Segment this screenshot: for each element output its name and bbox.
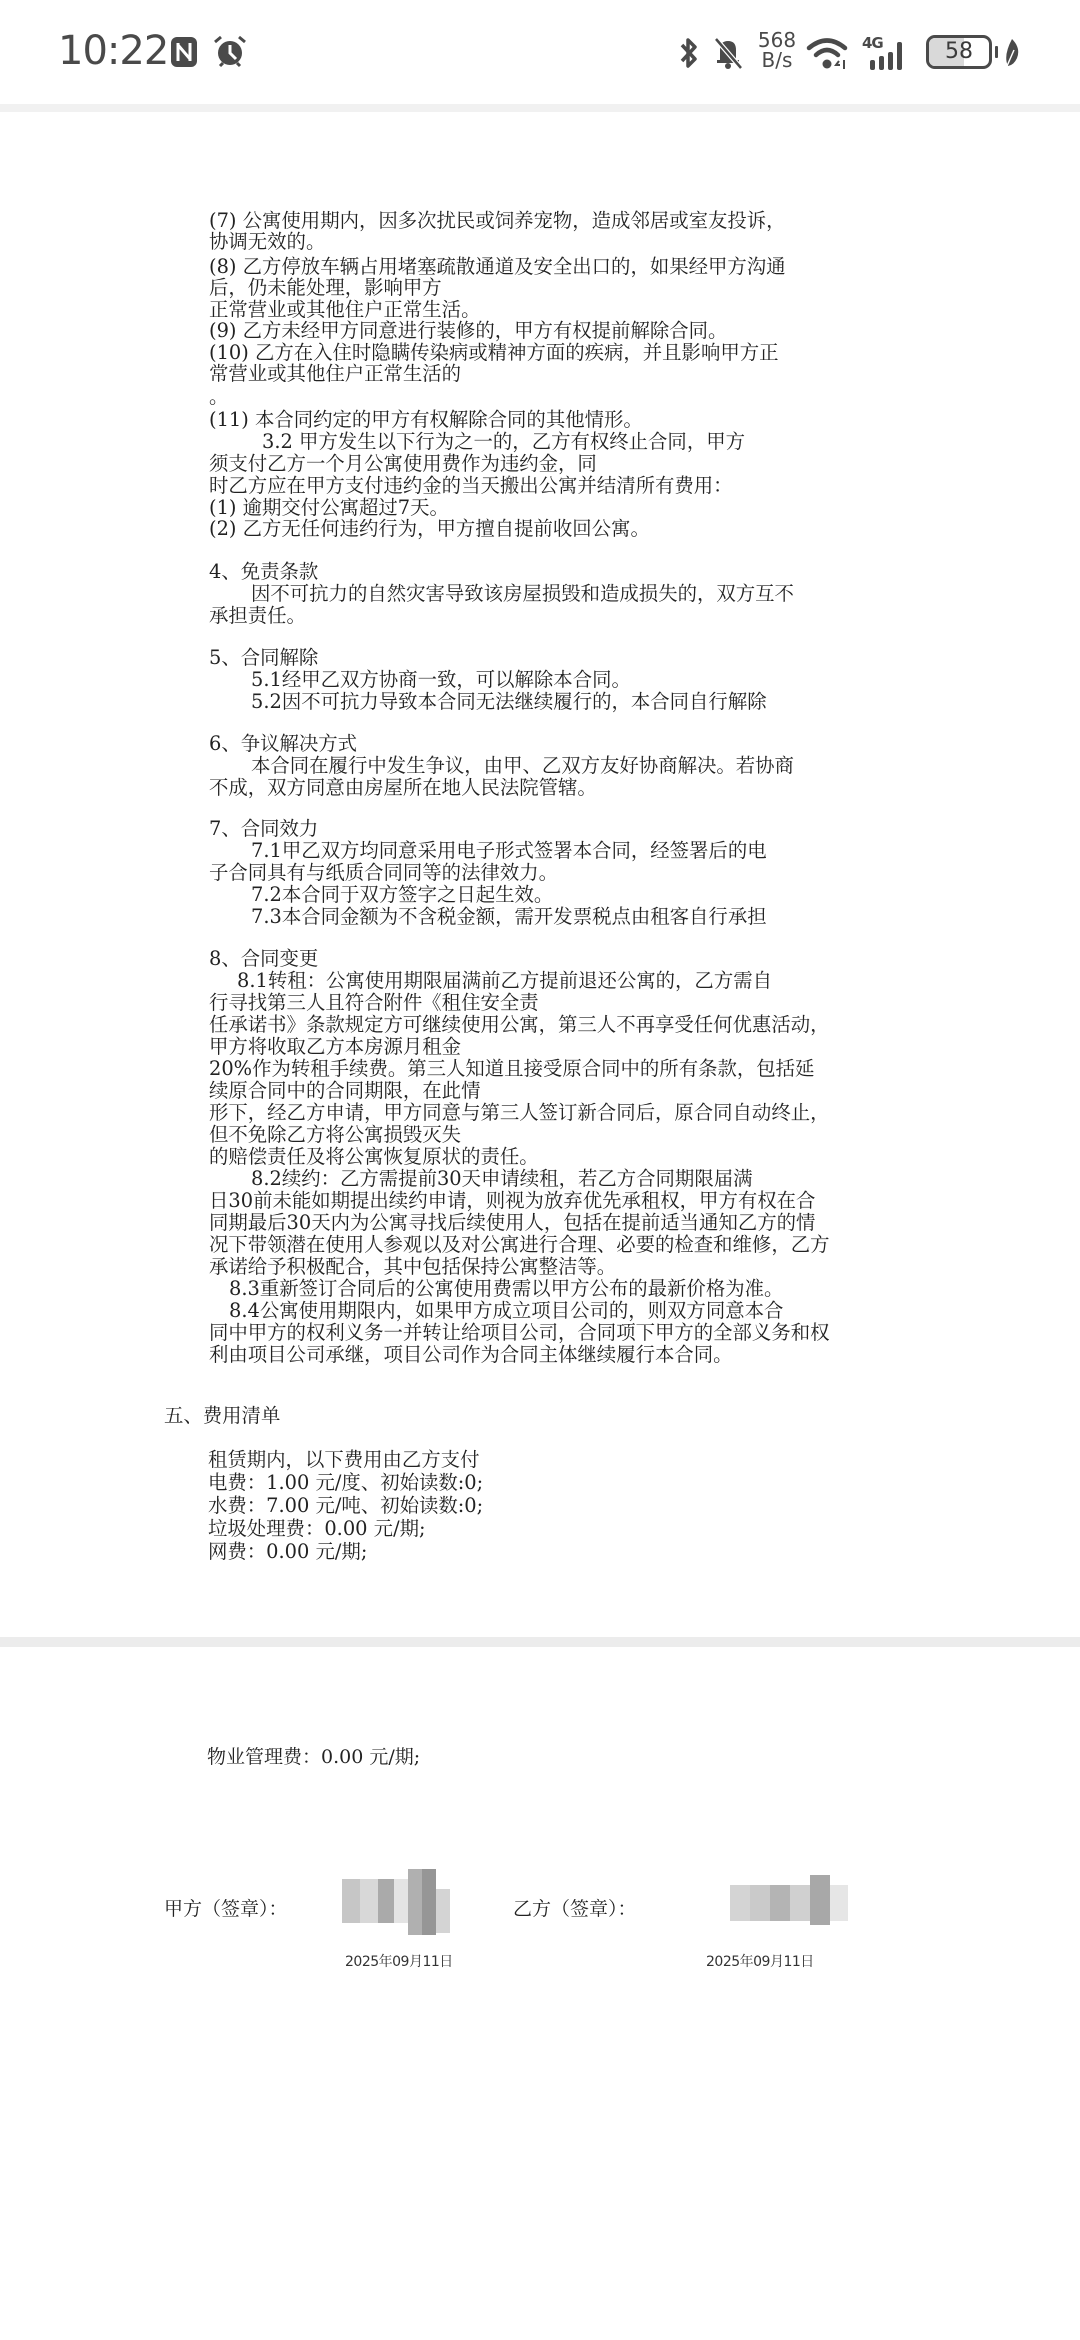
contract-text-line: 不成，双方同意由房屋所在地人民法院管辖。 bbox=[209, 777, 597, 799]
cellular-label: 4G bbox=[862, 34, 883, 52]
contract-text-line: 。 bbox=[209, 386, 228, 408]
battery-icon: 58 bbox=[926, 35, 992, 69]
contract-text-line: 本合同在履行中发生争议，由甲、乙双方友好协商解决。若协商 bbox=[251, 755, 794, 777]
alarm-icon bbox=[212, 34, 248, 70]
fee-electricity: 电费：1.00 元/度、初始读数:0; bbox=[208, 1472, 483, 1494]
contract-text-line: 利由项目公司承继，项目公司作为合同主体继续履行本合同。 bbox=[209, 1344, 733, 1366]
party-a-sign-date: 2025年09月11日 bbox=[345, 1951, 453, 1971]
contract-text-line: 承担责任。 bbox=[209, 605, 306, 627]
net-speed: 568 B/s bbox=[757, 30, 797, 70]
contract-text-line: 子合同具有与纸质合同同等的法律效力。 bbox=[209, 862, 558, 884]
battery-percent: 58 bbox=[929, 38, 989, 66]
party-b-signature-redacted bbox=[730, 1875, 850, 1935]
contract-text-line: 3.2 甲方发生以下行为之一的，乙方有权终止合同，甲方 bbox=[262, 431, 745, 453]
battery-saver-leaf-icon bbox=[1003, 38, 1021, 68]
contract-text-line: 续原合同中的合同期限，在此情 bbox=[209, 1080, 480, 1102]
contract-text-line: 8.1转租：公寓使用期限届满前乙方提前退还公寓的，乙方需自 bbox=[237, 970, 772, 992]
contract-text-line: 任承诺书》条款规定方可继续使用公寓，第三人不再享受任何优惠活动， bbox=[209, 1014, 830, 1036]
contract-text-line: 同期最后30天内为公寓寻找后续使用人，包括在提前适当通知乙方的情 bbox=[209, 1212, 815, 1234]
contract-text-line: 6、争议解决方式 bbox=[209, 733, 357, 755]
contract-text-line: 甲方将收取乙方本房源月租金 bbox=[209, 1036, 461, 1058]
contract-text-line: 正常营业或其他住户正常生活。 bbox=[209, 299, 480, 321]
bluetooth-icon bbox=[678, 36, 700, 70]
net-speed-unit: B/s bbox=[757, 50, 797, 70]
contract-text-line: 须支付乙方一个月公寓使用费作为违约金，同 bbox=[209, 453, 597, 475]
status-bar-divider bbox=[0, 104, 1080, 112]
party-b-seal-label: 乙方（签章）： bbox=[513, 1898, 637, 1920]
contract-text-line: 时乙方应在甲方支付违约金的当天搬出公寓并结清所有费用： bbox=[209, 475, 733, 497]
contract-text-line: 的赔偿责任及将公寓恢复原状的责任。 bbox=[209, 1146, 539, 1168]
contract-text-line: 5.2因不可抗力导致本合同无法继续履行的，本合同自行解除 bbox=[251, 691, 767, 713]
net-speed-value: 568 bbox=[757, 30, 797, 50]
fees-intro: 租赁期内，以下费用由乙方支付 bbox=[208, 1449, 479, 1471]
contract-text-line: 后，仍未能处理，影响甲方 bbox=[209, 277, 442, 299]
contract-text-line: 8.2续约：乙方需提前30天申请续租，若乙方合同期限届满 bbox=[251, 1168, 753, 1190]
contract-text-line: 4、免责条款 bbox=[209, 561, 318, 583]
contract-text-line: 5、合同解除 bbox=[209, 647, 318, 669]
contract-text-line: 20%作为转租手续费。第三人知道且接受原合同中的所有条款，包括延 bbox=[209, 1058, 814, 1080]
document-page-2[interactable]: 物业管理费：0.00 元/期; 甲方（签章）： 乙方（签章）： 2025年09月… bbox=[0, 1647, 1080, 2340]
contract-text-line: (11) 本合同约定的甲方有权解除合同的其他情形。 bbox=[209, 409, 643, 431]
contract-text-line: 日30前未能如期提出续约申请，则视为放弃优先承租权，甲方有权在合 bbox=[209, 1190, 815, 1212]
4g-signal-icon: 4G bbox=[862, 34, 914, 72]
contract-text-line: (1) 逾期交付公寓超过7天。 bbox=[209, 497, 449, 519]
contract-text-line: 8、合同变更 bbox=[209, 948, 318, 970]
contract-text-line: 7.1甲乙双方均同意采用电子形式签署本合同，经签署后的电 bbox=[251, 840, 767, 862]
contract-text-line: 协调无效的。 bbox=[209, 231, 325, 253]
contract-text-line: 7.3本合同金额为不含税金额，需开发票税点由租客自行承担 bbox=[251, 906, 767, 928]
wifi-icon bbox=[806, 36, 852, 72]
party-a-seal-label: 甲方（签章）： bbox=[164, 1898, 288, 1920]
fee-internet: 网费：0.00 元/期; bbox=[208, 1541, 367, 1563]
contract-text-line: 因不可抗力的自然灾害导致该房屋损毁和造成损失的，双方互不 bbox=[251, 583, 794, 605]
contract-text-line: 行寻找第三人且符合附件《租住安全责 bbox=[209, 992, 539, 1014]
contract-text-line: (9) 乙方未经甲方同意进行装修的，甲方有权提前解除合同。 bbox=[209, 320, 727, 342]
contract-text-line: (7) 公寓使用期内，因多次扰民或饲养宠物，造成邻居或室友投诉， bbox=[209, 210, 786, 232]
contract-text-line: 承诺给予积极配合，其中包括保持公寓整洁等。 bbox=[209, 1256, 616, 1278]
status-bar: 10:22 568 B/s 4G bbox=[0, 0, 1080, 104]
contract-text-line: 但不免除乙方将公寓损毁灭失 bbox=[209, 1124, 461, 1146]
contract-text-line: 同中甲方的权利义务一并转让给项目公司，合同项下甲方的全部义务和权 bbox=[209, 1322, 830, 1344]
contract-text-line: 形下，经乙方申请，甲方同意与第三人签订新合同后，原合同自动终止， bbox=[209, 1102, 830, 1124]
contract-text-line: 5.1经甲乙双方协商一致，可以解除本合同。 bbox=[251, 669, 631, 691]
nfc-icon bbox=[170, 36, 198, 68]
contract-text-line: 7、合同效力 bbox=[209, 818, 318, 840]
fee-garbage: 垃圾处理费：0.00 元/期; bbox=[208, 1518, 426, 1540]
party-b-sign-date: 2025年09月11日 bbox=[706, 1951, 814, 1971]
fees-heading: 五、费用清单 bbox=[164, 1405, 280, 1427]
document-page-1[interactable]: (7) 公寓使用期内，因多次扰民或饲养宠物，造成邻居或室友投诉，协调无效的。(8… bbox=[0, 112, 1080, 1637]
status-time: 10:22 bbox=[58, 28, 168, 74]
contract-text-line: 8.4公寓使用期限内，如果甲方成立项目公司的，则双方同意本合 bbox=[229, 1300, 783, 1322]
contract-text-line: 7.2本合同于双方签字之日起生效。 bbox=[251, 884, 553, 906]
bell-muted-icon bbox=[712, 35, 744, 71]
fee-water: 水费：7.00 元/吨、初始读数:0; bbox=[208, 1495, 483, 1517]
contract-text-line: 常营业或其他住户正常生活的 bbox=[209, 363, 461, 385]
contract-text-line: 8.3重新签订合同后的公寓使用费需以甲方公布的最新价格为准。 bbox=[229, 1278, 783, 1300]
party-a-signature-redacted bbox=[342, 1869, 442, 1939]
contract-text-line: (8) 乙方停放车辆占用堵塞疏散通道及安全出口的，如果经甲方沟通 bbox=[209, 256, 786, 278]
page-divider bbox=[0, 1637, 1080, 1647]
property-fee: 物业管理费：0.00 元/期; bbox=[207, 1746, 420, 1768]
contract-text-line: (10) 乙方在入住时隐瞒传染病或精神方面的疾病，并且影响甲方正 bbox=[209, 342, 779, 364]
battery-tip bbox=[995, 46, 998, 58]
contract-text-line: 况下带领潜在使用人参观以及对公寓进行合理、必要的检查和维修，乙方 bbox=[209, 1234, 830, 1256]
contract-text-line: (2) 乙方无任何违约行为，甲方擅自提前收回公寓。 bbox=[209, 518, 650, 540]
